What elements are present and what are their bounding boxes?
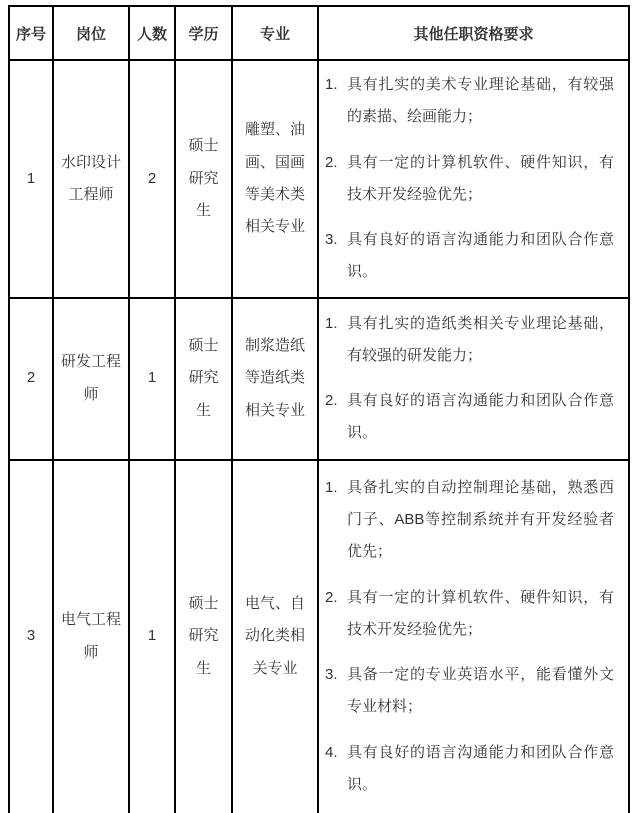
requirement-text: 具有一定的计算机软件、硬件知识，有技术开发经验优先； <box>347 147 614 212</box>
requirement-item: 2. 具有一定的计算机软件、硬件知识，有技术开发经验优先； <box>325 582 614 647</box>
requirement-number: 3. <box>325 224 342 289</box>
cell-education: 硕士 研究 生 <box>175 298 232 460</box>
header-headcount: 人数 <box>129 6 175 60</box>
cell-requirements: 1. 具有扎实的造纸类相关专业理论基础，有较强的研发能力； 2. 具有良好的语言… <box>318 298 629 460</box>
requirement-number: 2. <box>325 385 342 450</box>
requirement-item: 1. 具备扎实的自动控制理论基础，熟悉西门子、ABB等控制系统并有开发经验者优先… <box>325 472 614 569</box>
cell-education: 硕士 研究 生 <box>175 460 232 813</box>
requirement-number: 2. <box>325 147 342 212</box>
cell-major: 电气、自 动化类相 关专业 <box>232 460 318 813</box>
requirement-number: 1. <box>325 69 342 134</box>
requirement-item: 4. 具有良好的语言沟通能力和团队合作意识。 <box>325 737 614 802</box>
cell-major: 制浆造纸 等造纸类 相关专业 <box>232 298 318 460</box>
cell-requirements: 1. 具有扎实的美术专业理论基础，有较强的素描、绘画能力； 2. 具有一定的计算… <box>318 60 629 298</box>
header-position: 岗位 <box>53 6 129 60</box>
requirement-text: 具有良好的语言沟通能力和团队合作意识。 <box>347 224 614 289</box>
cell-serial-number: 3 <box>9 460 53 813</box>
requirement-text: 具有良好的语言沟通能力和团队合作意识。 <box>347 737 614 802</box>
requirement-item: 1. 具有扎实的造纸类相关专业理论基础，有较强的研发能力； <box>325 308 614 373</box>
requirement-item: 2. 具有良好的语言沟通能力和团队合作意识。 <box>325 385 614 450</box>
table-row: 3 电气工程 师 1 硕士 研究 生 电气、自 动化类相 关专业 1. 具备扎实… <box>9 460 629 813</box>
header-education: 学历 <box>175 6 232 60</box>
cell-headcount: 1 <box>129 460 175 813</box>
cell-major: 雕塑、油 画、国画 等美术类 相关专业 <box>232 60 318 298</box>
requirement-item: 2. 具有一定的计算机软件、硬件知识，有技术开发经验优先； <box>325 147 614 212</box>
header-other-qualifications: 其他任职资格要求 <box>318 6 629 60</box>
table-header-row: 序号 岗位 人数 学历 专业 其他任职资格要求 <box>9 6 629 60</box>
requirement-text: 具备一定的专业英语水平，能看懂外文专业材料； <box>347 659 614 724</box>
requirement-item: 1. 具有扎实的美术专业理论基础，有较强的素描、绘画能力； <box>325 69 614 134</box>
recruitment-table: 序号 岗位 人数 学历 专业 其他任职资格要求 1 水印设计 工程师 2 硕士 … <box>8 5 630 813</box>
requirement-number: 3. <box>325 659 342 724</box>
requirement-text: 具有良好的语言沟通能力和团队合作意识。 <box>347 385 614 450</box>
requirement-number: 2. <box>325 582 342 647</box>
cell-position: 电气工程 师 <box>53 460 129 813</box>
cell-headcount: 1 <box>129 298 175 460</box>
cell-position: 研发工程 师 <box>53 298 129 460</box>
cell-serial-number: 1 <box>9 60 53 298</box>
cell-position: 水印设计 工程师 <box>53 60 129 298</box>
requirement-text: 具有扎实的造纸类相关专业理论基础，有较强的研发能力； <box>347 308 614 373</box>
header-serial-number: 序号 <box>9 6 53 60</box>
table-row: 1 水印设计 工程师 2 硕士 研究 生 雕塑、油 画、国画 等美术类 相关专业… <box>9 60 629 298</box>
table-row: 2 研发工程 师 1 硕士 研究 生 制浆造纸 等造纸类 相关专业 1. 具有扎… <box>9 298 629 460</box>
requirement-number: 4. <box>325 737 342 802</box>
requirement-item: 3. 具备一定的专业英语水平，能看懂外文专业材料； <box>325 659 614 724</box>
cell-requirements: 1. 具备扎实的自动控制理论基础，熟悉西门子、ABB等控制系统并有开发经验者优先… <box>318 460 629 813</box>
recruitment-document-page: 序号 岗位 人数 学历 专业 其他任职资格要求 1 水印设计 工程师 2 硕士 … <box>0 0 637 813</box>
requirement-item: 3. 具有良好的语言沟通能力和团队合作意识。 <box>325 224 614 289</box>
cell-education: 硕士 研究 生 <box>175 60 232 298</box>
cell-serial-number: 2 <box>9 298 53 460</box>
cell-headcount: 2 <box>129 60 175 298</box>
requirement-text: 具有一定的计算机软件、硬件知识，有技术开发经验优先； <box>347 582 614 647</box>
requirement-number: 1. <box>325 472 342 569</box>
header-major: 专业 <box>232 6 318 60</box>
requirement-text: 具有扎实的美术专业理论基础，有较强的素描、绘画能力； <box>347 69 614 134</box>
requirement-text: 具备扎实的自动控制理论基础，熟悉西门子、ABB等控制系统并有开发经验者优先； <box>347 472 614 569</box>
requirement-number: 1. <box>325 308 342 373</box>
